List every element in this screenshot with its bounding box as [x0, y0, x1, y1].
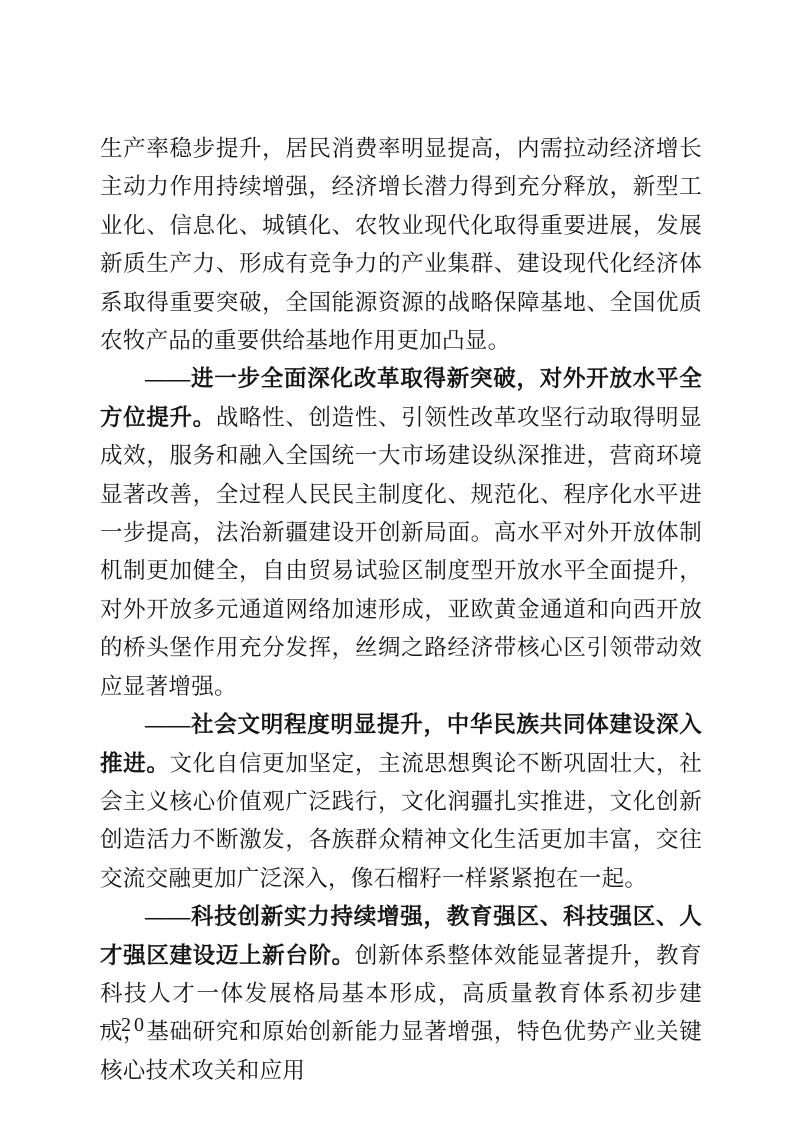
document-page: 生产率稳步提升，居民消费率明显提高，内需拉动经济增长主动力作用持续增强，经济增长… — [0, 0, 793, 1122]
paragraph: ——科技创新实力持续增强，教育强区、科技强区、人才强区建设迈上新台阶。创新体系整… — [100, 898, 702, 1090]
paragraph: 生产率稳步提升，居民消费率明显提高，内需拉动经济增长主动力作用持续增强，经济增长… — [100, 130, 702, 360]
paragraph-text: 文化自信更加坚定，主流思想舆论不断巩固壮大，社会主义核心价值观广泛践行，文化润疆… — [100, 751, 702, 891]
document-body: 生产率稳步提升，居民消费率明显提高，内需拉动经济增长主动力作用持续增强，经济增长… — [100, 130, 702, 1090]
page-number: – 20 – — [100, 1010, 168, 1040]
paragraph-text: 生产率稳步提升，居民消费率明显提高，内需拉动经济增长主动力作用持续增强，经济增长… — [100, 136, 702, 353]
paragraph: ——进一步全面深化改革取得新突破，对外开放水平全方位提升。战略性、创造性、引领性… — [100, 360, 702, 706]
paragraph-text: 战略性、创造性、引领性改革攻坚行动取得明显成效，服务和融入全国统一大市场建设纵深… — [100, 405, 702, 699]
paragraph: ——社会文明程度明显提升，中华民族共同体建设深入推进。文化自信更加坚定，主流思想… — [100, 706, 702, 898]
